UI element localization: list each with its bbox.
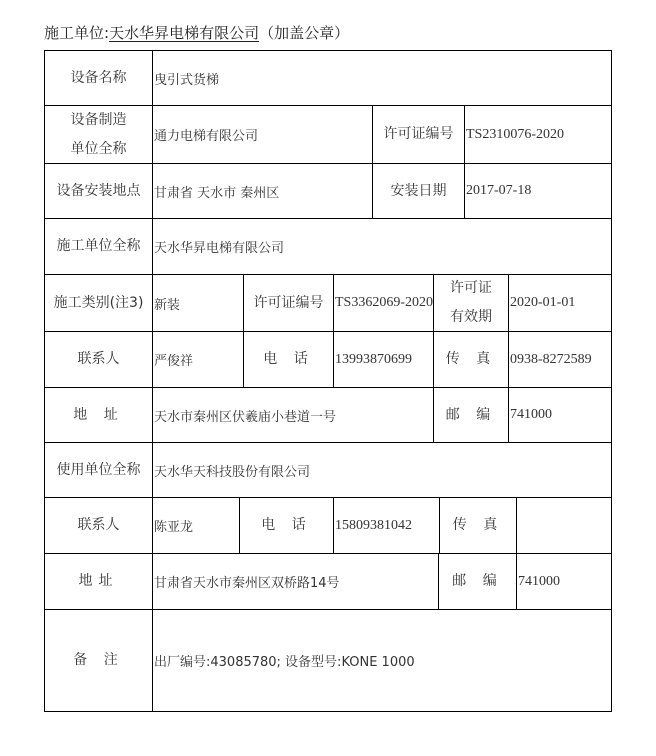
heading-suffix: （加盖公章） [259, 24, 349, 42]
remarks-label: 备 注 [44, 609, 152, 712]
row-user-contact: 联系人 陈亚龙 电 话 15809381042 传 真 [44, 497, 612, 553]
user-address-value: 甘肃省天水市秦州区双桥路14号 [152, 553, 438, 609]
contractor-postcode-value: 741000 [508, 387, 612, 442]
install-location-value: 甘肃省 天水市 秦州区 [152, 163, 372, 218]
contractor-contact-label: 联系人 [44, 331, 152, 387]
user-unit-value: 天水华天科技股份有限公司 [152, 442, 612, 497]
license-validity-value: 2020-01-01 [508, 274, 612, 331]
contractor-fax-label: 传 真 [433, 331, 508, 387]
user-fax-value [516, 497, 612, 553]
row-contractor-address: 地 址 天水市秦州区伏羲庙小巷道一号 邮 编 741000 [44, 387, 612, 442]
manufacturer-value: 通力电梯有限公司 [152, 105, 372, 163]
user-fax-label: 传 真 [439, 497, 516, 553]
construction-license-label: 许可证编号 [243, 274, 333, 331]
equipment-name-value: 曳引式货梯 [152, 50, 612, 105]
contractor-value: 天水华昇电梯有限公司 [152, 218, 612, 274]
construction-type-label: 施工类别(注3) [44, 274, 152, 331]
license-validity-label-line2: 有效期 [450, 303, 492, 332]
row-install-location: 设备安装地点 甘肃省 天水市 秦州区 安装日期 2017-07-18 [44, 163, 612, 218]
license-validity-label-line1: 许可证 [450, 274, 492, 303]
user-postcode-label: 邮 编 [438, 553, 516, 609]
contractor-phone-label: 电 话 [243, 331, 333, 387]
contractor-label: 施工单位全称 [44, 218, 152, 274]
contractor-address-value: 天水市秦州区伏羲庙小巷道一号 [152, 387, 433, 442]
user-phone-value: 15809381042 [333, 497, 439, 553]
row-construction-type: 施工类别(注3) 新装 许可证编号 TS3362069-2020 许可证 有效期… [44, 274, 612, 331]
construction-license-value: TS3362069-2020 [333, 274, 433, 331]
construction-type-value: 新装 [152, 274, 243, 331]
install-location-label: 设备安装地点 [44, 163, 152, 218]
license-validity-label: 许可证 有效期 [433, 274, 508, 331]
form-heading: 施工单位:天水华昇电梯有限公司（加盖公章） [44, 22, 349, 43]
row-contractor: 施工单位全称 天水华昇电梯有限公司 [44, 218, 612, 274]
manufacturer-license-label: 许可证编号 [372, 105, 464, 163]
row-user-address: 地址 甘肃省天水市秦州区双桥路14号 邮 编 741000 [44, 553, 612, 609]
equipment-name-label: 设备名称 [44, 50, 152, 105]
manufacturer-label: 设备制造 单位全称 [44, 105, 152, 163]
row-contractor-contact: 联系人 严俊祥 电 话 13993870699 传 真 0938-8272589 [44, 331, 612, 387]
row-user-unit: 使用单位全称 天水华天科技股份有限公司 [44, 442, 612, 497]
user-address-label: 地址 [44, 553, 152, 609]
user-phone-label: 电 话 [239, 497, 333, 553]
user-contact-label: 联系人 [44, 497, 152, 553]
user-contact-value: 陈亚龙 [152, 497, 239, 553]
install-date-value: 2017-07-18 [464, 163, 612, 218]
contractor-contact-value: 严俊祥 [152, 331, 243, 387]
user-unit-label: 使用单位全称 [44, 442, 152, 497]
install-date-label: 安装日期 [372, 163, 464, 218]
remarks-value: 出厂编号:43085780; 设备型号:KONE 1000 [152, 609, 612, 712]
contractor-address-label: 地 址 [44, 387, 152, 442]
row-manufacturer: 设备制造 单位全称 通力电梯有限公司 许可证编号 TS2310076-2020 [44, 105, 612, 163]
heading-company: 天水华昇电梯有限公司 [109, 24, 259, 42]
contractor-postcode-label: 邮 编 [433, 387, 508, 442]
contractor-phone-value: 13993870699 [333, 331, 433, 387]
manufacturer-label-line1: 设备制造 [71, 106, 127, 135]
row-remarks: 备 注 出厂编号:43085780; 设备型号:KONE 1000 [44, 609, 612, 712]
manufacturer-label-line2: 单位全称 [71, 135, 127, 164]
row-equipment-name: 设备名称 曳引式货梯 [44, 50, 612, 105]
contractor-fax-value: 0938-8272589 [508, 331, 612, 387]
manufacturer-license-value: TS2310076-2020 [464, 105, 612, 163]
user-postcode-value: 741000 [516, 553, 612, 609]
heading-prefix: 施工单位: [44, 24, 109, 42]
